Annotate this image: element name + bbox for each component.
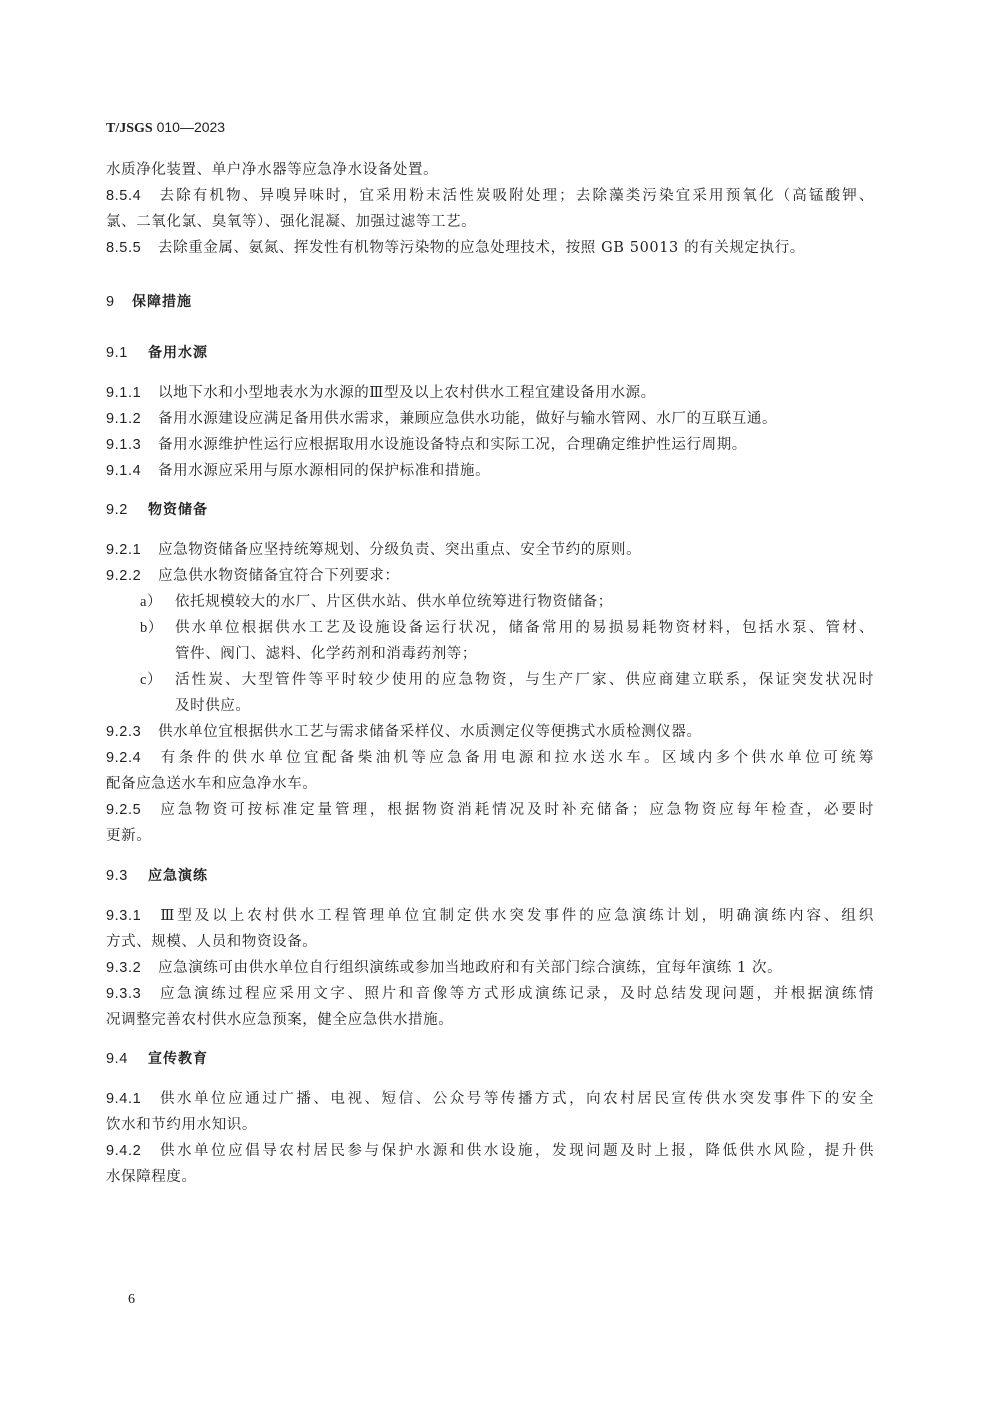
clause-number: 9.3.2: [106, 958, 158, 978]
list-marker: b）: [140, 618, 163, 638]
clause-9-2-5-cont: 更新。: [106, 826, 151, 846]
clause-9-3-3: 9.3.3应急演练过程应采用文字、照片和音像等方式形成演练记录，及时总结发现问题…: [106, 984, 874, 1004]
clause-number: 9.2.3: [106, 722, 158, 742]
clause-number: 9.1.4: [106, 461, 158, 481]
document-header: T/JSGS 010—2023: [106, 119, 225, 137]
clause-9-1-3: 9.1.3备用水源维护性运行应根据取用水设施设备特点和实际工况，合理确定维护性运…: [106, 435, 747, 455]
section-number: 9.2: [106, 500, 148, 520]
list-text: 依托规模较大的水厂、片区供水站、供水单位统筹进行物资储备；: [175, 592, 613, 612]
clause-number: 9.4.2: [106, 1141, 158, 1161]
section-title: 宣传教育: [148, 1051, 208, 1067]
clause-9-4-2: 9.4.2供水单位应倡导农村居民参与保护水源和供水设施，发现问题及时上报，降低供…: [106, 1141, 874, 1161]
clause-number: 9.4.1: [106, 1089, 158, 1109]
clause-text: 备用水源维护性运行应根据取用水设施设备特点和实际工况，合理确定维护性运行周期。: [158, 437, 747, 453]
clause-9-2-4: 9.2.4有条件的供水单位宜配备柴油机等应急备用电源和拉水送水车。区域内多个供水…: [106, 748, 874, 768]
section-number: 9: [106, 292, 132, 312]
list-text: 供水单位根据供水工艺及设施设备运行状况，储备常用的易损易耗物资材料，包括水泵、管…: [175, 618, 874, 638]
clause-9-3-1: 9.3.1Ⅲ型及以上农村供水工程管理单位宜制定供水突发事件的应急演练计划，明确演…: [106, 906, 874, 926]
list-text: 活性炭、大型管件等平时较少使用的应急物资，与生产厂家、供应商建立联系，保证突发状…: [175, 670, 874, 690]
clause-number: 9.1.1: [106, 383, 158, 403]
clause-9-3-3-cont: 况调整完善农村供水应急预案，健全应急供水措施。: [106, 1010, 453, 1030]
clause-text: 去除重金属、氨氮、挥发性有机物等污染物的应急处理技术，按照 GB 50013 的…: [158, 240, 805, 256]
section-9-heading: 9保障措施: [106, 292, 192, 312]
clause-number: 8.5.4: [106, 186, 158, 206]
clause-9-1-2: 9.1.2备用水源建设应满足备用供水需求，兼顾应急供水功能，做好与输水管网、水厂…: [106, 409, 777, 429]
list-text: 及时供应。: [175, 696, 251, 716]
clause-text: 供水单位宜根据供水工艺与需求储备采样仪、水质测定仪等便携式水质检测仪器。: [158, 724, 702, 740]
section-9-2-heading: 9.2物资储备: [106, 500, 208, 520]
clause-text: 以地下水和小型地表水为水源的Ⅲ型及以上农村供水工程宜建设备用水源。: [158, 385, 656, 401]
clause-text: 应急演练可由供水单位自行组织演练或参加当地政府和有关部门综合演练，宜每年演练 1…: [158, 960, 782, 976]
page-number: 6: [128, 1292, 135, 1308]
standard-code-prefix: T/JSGS: [106, 121, 153, 136]
clause-number: 9.1.3: [106, 435, 158, 455]
clause-text: 应急供水物资储备宜符合下列要求：: [158, 568, 400, 584]
clause-9-3-1-cont: 方式、规模、人员和物资设备。: [106, 932, 317, 952]
section-title: 物资储备: [148, 502, 208, 518]
clause-text: 供水单位应倡导农村居民参与保护水源和供水设施，发现问题及时上报，降低供水风险，提…: [158, 1143, 874, 1159]
section-number: 9.4: [106, 1049, 148, 1069]
clause-number: 9.1.2: [106, 409, 158, 429]
clause-9-1-4: 9.1.4备用水源应采用与原水源相同的保护标准和措施。: [106, 461, 490, 481]
clause-number: 9.2.4: [106, 748, 158, 768]
clause-8-5-5: 8.5.5去除重金属、氨氮、挥发性有机物等污染物的应急处理技术，按照 GB 50…: [106, 238, 805, 258]
list-marker: a）: [140, 592, 162, 612]
standard-code-number: 010—2023: [153, 119, 225, 135]
clause-9-2-3: 9.2.3供水单位宜根据供水工艺与需求储备采样仪、水质测定仪等便携式水质检测仪器…: [106, 722, 702, 742]
section-9-3-heading: 9.3应急演练: [106, 866, 208, 886]
list-marker: c）: [140, 670, 162, 690]
clause-8-5-4: 8.5.4去除有机物、异嗅异味时，宜采用粉末活性炭吸附处理；去除藻类污染宜采用预…: [106, 186, 874, 206]
clause-number: 9.2.1: [106, 540, 158, 560]
clause-9-4-1: 9.4.1供水单位应通过广播、电视、短信、公众号等传播方式，向农村居民宣传供水突…: [106, 1089, 874, 1109]
clause-text: 应急物资可按标准定量管理，根据物资消耗情况及时补充储备；应急物资应每年检查，必要…: [158, 802, 874, 818]
section-9-4-heading: 9.4宣传教育: [106, 1049, 208, 1069]
section-title: 备用水源: [148, 345, 208, 361]
clause-9-3-2: 9.3.2应急演练可由供水单位自行组织演练或参加当地政府和有关部门综合演练，宜每…: [106, 958, 782, 978]
section-9-1-heading: 9.1备用水源: [106, 343, 208, 363]
clause-9-2-1: 9.2.1应急物资储备应坚持统筹规划、分级负责、突出重点、安全节约的原则。: [106, 540, 641, 560]
clause-text: 备用水源应采用与原水源相同的保护标准和措施。: [158, 463, 490, 479]
clause-text: 应急物资储备应坚持统筹规划、分级负责、突出重点、安全节约的原则。: [158, 542, 641, 558]
clause-text: 供水单位应通过广播、电视、短信、公众号等传播方式，向农村居民宣传供水突发事件下的…: [158, 1091, 874, 1107]
list-text: 管件、阀门、滤料、化学药剂和消毒药剂等；: [175, 644, 477, 664]
section-number: 9.3: [106, 866, 148, 886]
clause-text: Ⅲ型及以上农村供水工程管理单位宜制定供水突发事件的应急演练计划，明确演练内容、组…: [158, 908, 874, 924]
clause-number: 9.3.3: [106, 984, 158, 1004]
clause-text: 备用水源建设应满足备用供水需求，兼顾应急供水功能，做好与输水管网、水厂的互联互通…: [158, 411, 777, 427]
section-title: 保障措施: [132, 294, 192, 310]
clause-number: 9.2.2: [106, 566, 158, 586]
clause-8-5-4-cont: 氯、二氧化氯、臭氧等）、强化混凝、加强过滤等工艺。: [106, 212, 476, 232]
clause-text: 应急演练过程应采用文字、照片和音像等方式形成演练记录，及时总结发现问题，并根据演…: [158, 986, 874, 1002]
clause-number: 9.3.1: [106, 906, 158, 926]
clause-text: 去除有机物、异嗅异味时，宜采用粉末活性炭吸附处理；去除藻类污染宜采用预氧化（高锰…: [158, 188, 874, 204]
clause-9-1-1: 9.1.1以地下水和小型地表水为水源的Ⅲ型及以上农村供水工程宜建设备用水源。: [106, 383, 656, 403]
section-title: 应急演练: [148, 868, 208, 884]
clause-9-2-5: 9.2.5应急物资可按标准定量管理，根据物资消耗情况及时补充储备；应急物资应每年…: [106, 800, 874, 820]
clause-9-4-2-cont: 水保障程度。: [106, 1167, 197, 1187]
section-number: 9.1: [106, 343, 148, 363]
continuation-text: 水质净化装置、单户净水器等应急净水设备处置。: [106, 160, 438, 180]
clause-9-4-1-cont: 饮水和节约用水知识。: [106, 1115, 257, 1135]
clause-9-2-4-cont: 配备应急送水车和应急净水车。: [106, 774, 317, 794]
clause-9-2-2: 9.2.2应急供水物资储备宜符合下列要求：: [106, 566, 400, 586]
clause-number: 8.5.5: [106, 238, 158, 258]
clause-number: 9.2.5: [106, 800, 158, 820]
clause-text: 有条件的供水单位宜配备柴油机等应急备用电源和拉水送水车。区域内多个供水单位可统筹: [158, 750, 874, 766]
